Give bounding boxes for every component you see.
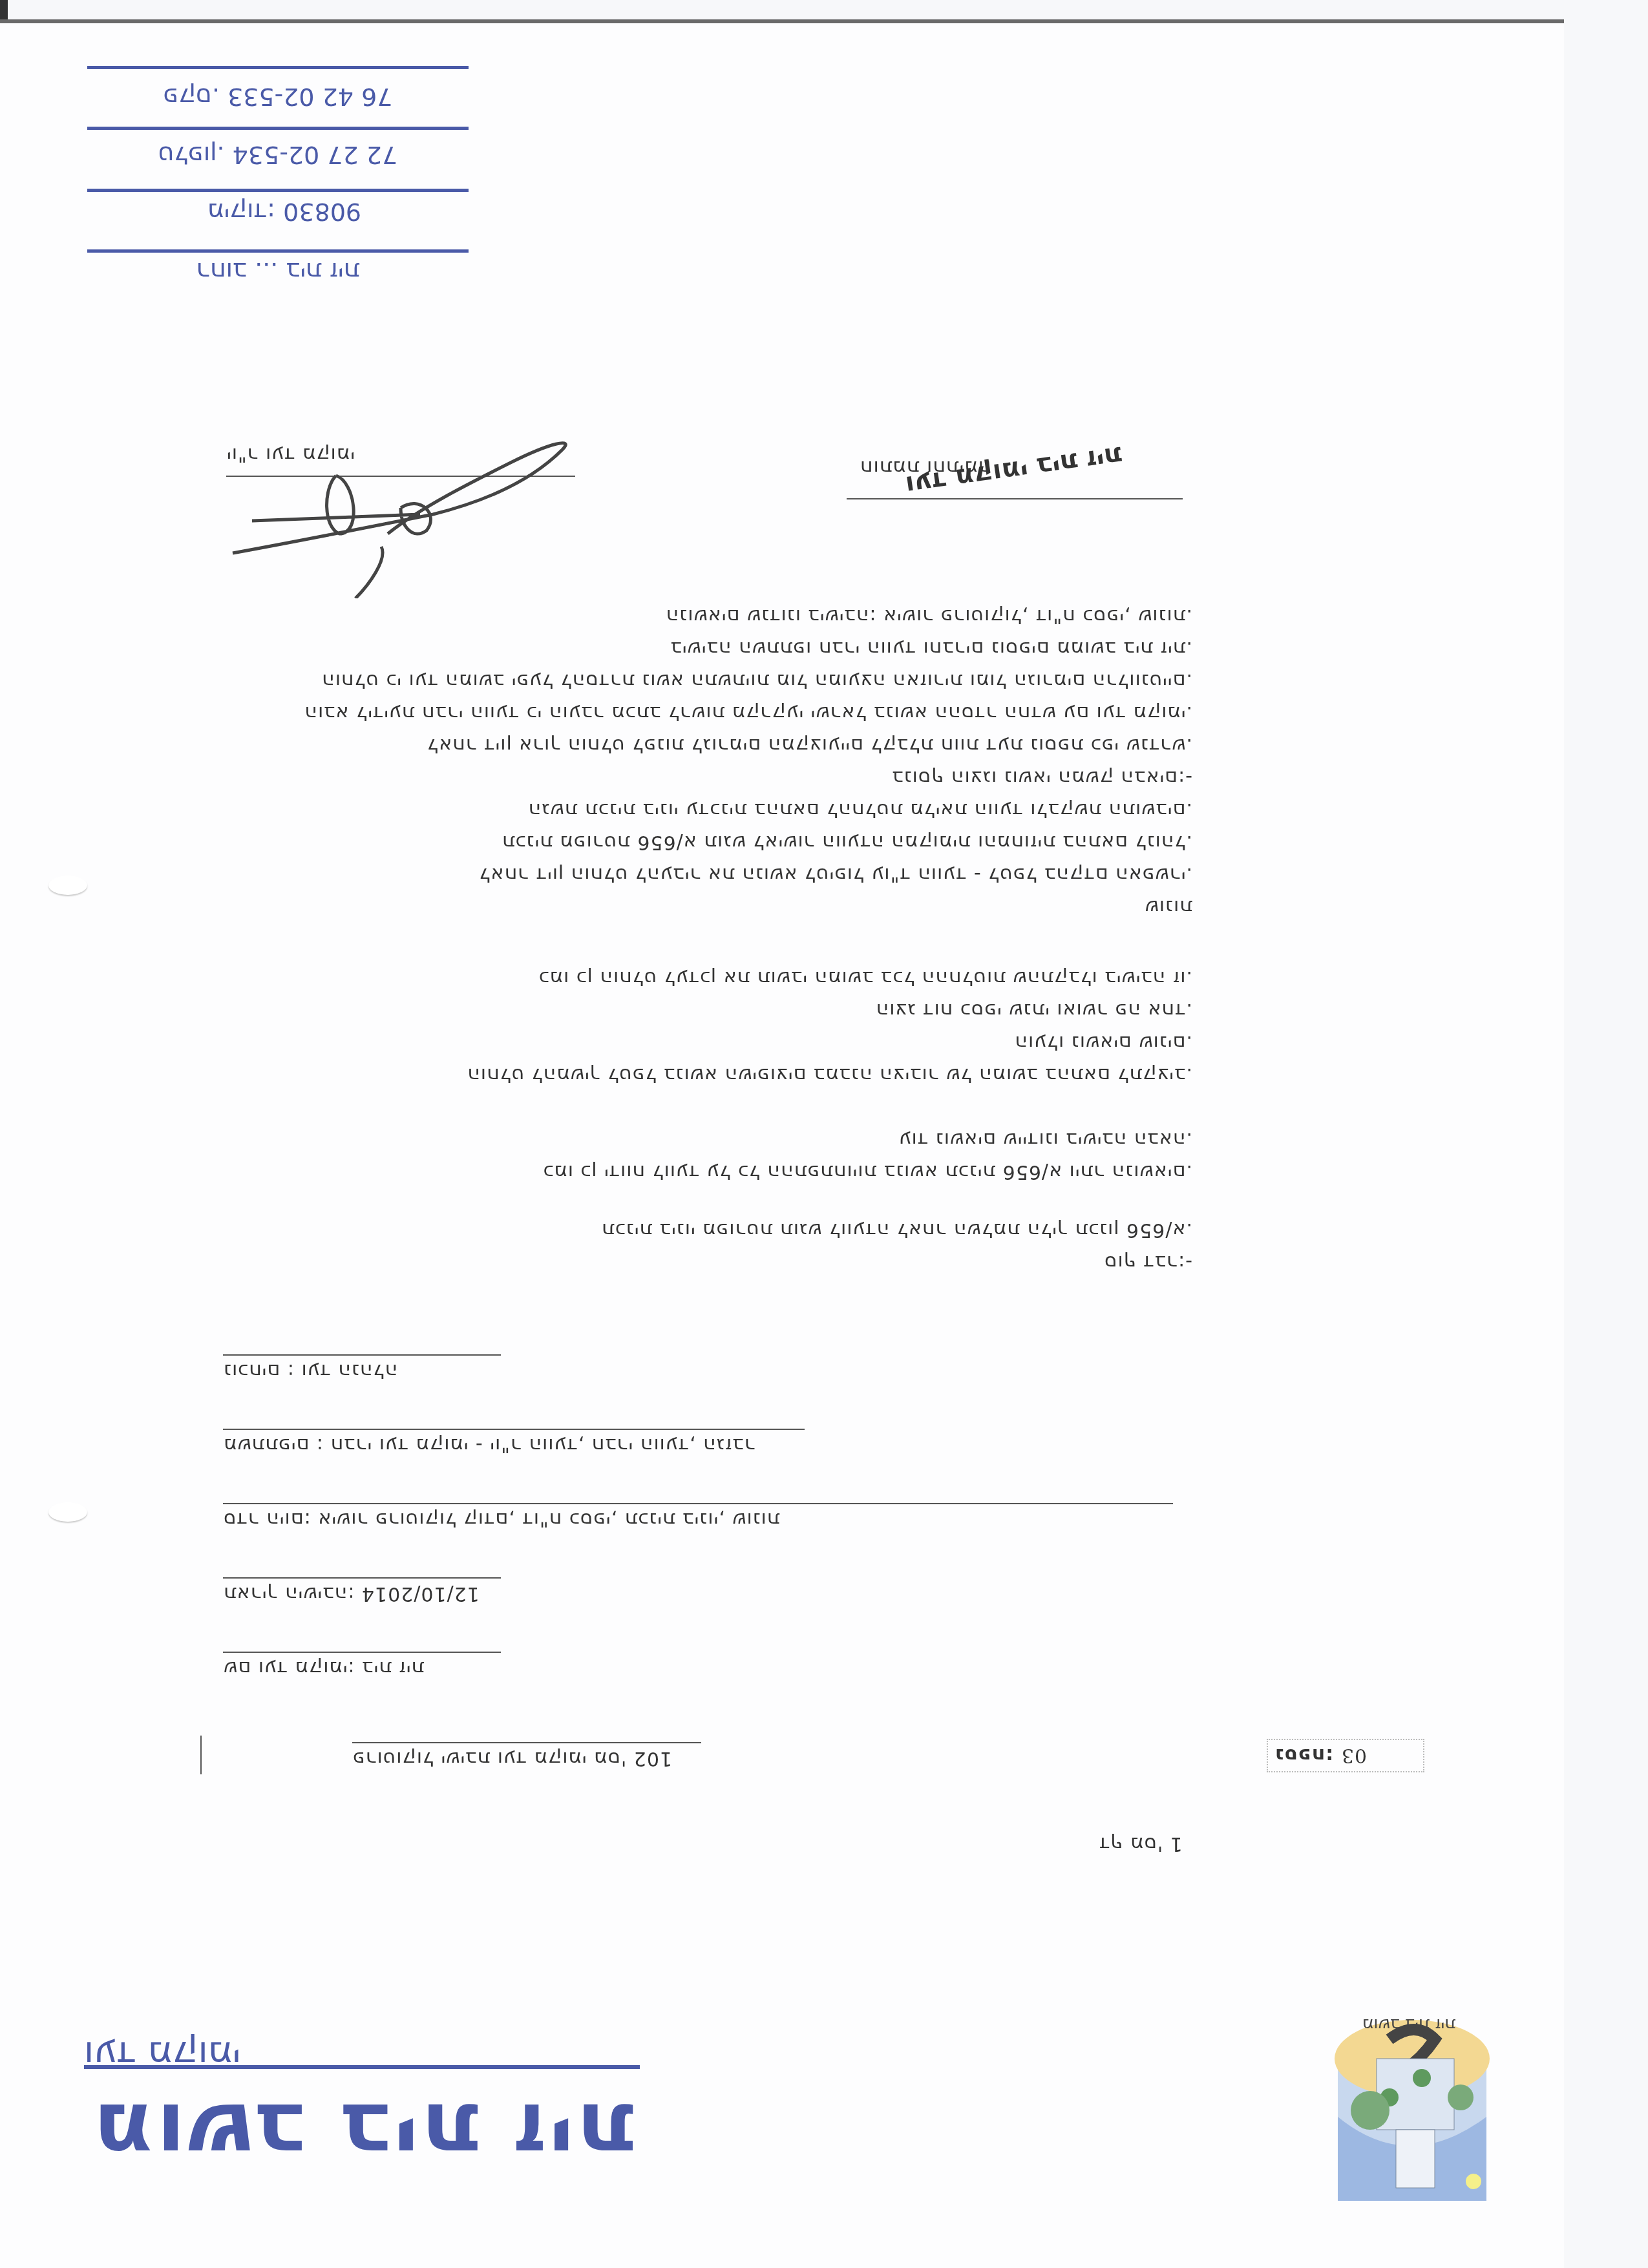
body-line: שונות — [223, 896, 1192, 918]
letterhead-rule — [87, 249, 469, 253]
form-field: משתתפים : חברי ועד מקומי - יו"ר הוועד, ח… — [223, 1434, 755, 1456]
letterhead-rule — [87, 127, 469, 130]
annex-box: נספח: 03 — [1267, 1739, 1424, 1772]
punch-hole — [48, 876, 87, 895]
body-line: תכנית בינוי מפורטת תוגש לוועדה לאחר השלמ… — [223, 1219, 1192, 1241]
body-line: הגשת תכנית בינוי עדכנית בהתאם להחלטת מלי… — [223, 799, 1192, 821]
body-line: לאחר דיון ארוך הוחלט לפנות לגורמים המקצו… — [223, 734, 1192, 757]
moshav-name-logo: מושב בית זית — [90, 2084, 452, 2183]
fax-text: פקס. 02-533 42 76 — [149, 83, 407, 111]
protocol-title: פרוטוקול ישיבת ועד מקומי מס' 102 — [352, 1747, 701, 1770]
form-field: שם ועד מקומי: בית זית — [223, 1657, 424, 1679]
scanned-page: פקס. 02-533 42 76 טלפון. 02-534 27 72 מי… — [0, 19, 1564, 2268]
form-field: תאריך הישיבה: 12/10/2014 — [223, 1582, 480, 1605]
body-line: הוחלט כי ועד המושב יפעל להסדרת נושא התשת… — [223, 669, 1192, 692]
official-stamp: ועד מקומי בית זית — [903, 442, 1112, 500]
margin-mark — [200, 1736, 202, 1774]
body-line: עוד נושאים שיידונו בישיבה הבאה. — [223, 1128, 1192, 1151]
form-line — [223, 1503, 1173, 1504]
form-line — [223, 1652, 501, 1653]
form-line — [223, 1577, 501, 1579]
body-line: כמו כן ידווח לוועד על כל ההתפתחויות בנוש… — [223, 1160, 1192, 1183]
stamp-line — [847, 498, 1183, 499]
logo-rule — [84, 2065, 640, 2069]
form-field: סדר היום: אישור פרוטוקול קודם, דו"ח כספי… — [223, 1508, 780, 1531]
body-line: כמו כן הוחלט לעדכן את תושבי המושב בכל הה… — [223, 967, 1192, 989]
body-line: בנוסף הוצגו נושאי המשק הבאים:- — [223, 766, 1192, 789]
body-line: הנושאים שנדונו בישיבה: אישור פרוטוקול, ד… — [223, 605, 1192, 627]
body-line: בישיבה השתתפו חברי הוועד וחברים נוספים מ… — [223, 637, 1192, 660]
body-line: סוף דבר:- — [223, 1251, 1192, 1274]
svg-text:מושב בית זית: מושב בית זית — [1362, 2015, 1456, 2034]
body-line: הוחלט להמשיך לטפל בנושא השיפוצים במבנה ה… — [223, 1064, 1192, 1086]
letterhead-rule — [87, 66, 469, 69]
page-number: דף מס' 1 — [1099, 1832, 1196, 1855]
body-line: תכנית מפורטת 656/א תוגש לאישור הוועדה המ… — [223, 831, 1192, 854]
footer-title-line — [352, 1742, 701, 1743]
body-line: הוצג דוח כספי שנתי ואושר פה אחד. — [223, 999, 1192, 1022]
moshav-emblem-icon: מושב בית זית — [1325, 2013, 1493, 2207]
form-line — [223, 1354, 501, 1356]
signature-icon — [226, 430, 575, 598]
body-line: לאחר דיון הוחלט להעביר את הנושא לטיפול ע… — [223, 863, 1192, 886]
form-line — [223, 1429, 805, 1430]
body-line: הועלו נושאים שונים. — [223, 1031, 1192, 1054]
form-field: נוכחים : ועד הנהלה — [223, 1360, 397, 1382]
zip-text: מיקוד: 90830 — [187, 198, 381, 226]
letterhead-rule — [87, 189, 469, 192]
address-text: רחוב ... בית זית — [162, 257, 394, 286]
phone-text: טלפון. 02-534 27 72 — [149, 141, 407, 169]
punch-hole — [48, 1502, 87, 1522]
body-line: הובא לידיעת חברי הוועד כי הועבר מכתב לרש… — [223, 702, 1192, 724]
annex-label: נספח: 03 — [1274, 1744, 1367, 1767]
